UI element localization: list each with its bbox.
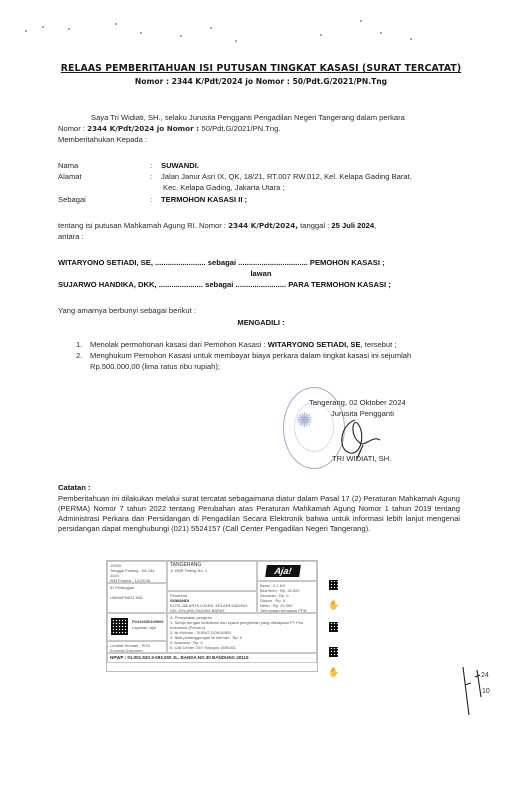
sun-emblem-icon: ✺: [296, 408, 313, 433]
signature-name: TRI WIDIATI, SH.: [332, 454, 391, 464]
ruling-1-bold: WITARYONO SETIADI, SE: [268, 340, 361, 349]
lawan: lawan: [0, 269, 522, 279]
aja-logo: Aja!: [265, 565, 301, 577]
receipt-npwp: NPWP : 01.001.620.3-093.000 JL. BANDA NO…: [107, 653, 317, 663]
intro-nomor: Nomor : 2344 K/Pdt/2024 jo Nomor : 50/Pd…: [58, 124, 280, 134]
antara: antara :: [58, 232, 84, 242]
note-title: Catatan :: [58, 483, 91, 493]
alamat-label: Alamat: [58, 172, 82, 182]
svg-text:10: 10: [482, 688, 490, 695]
id-pelanggan-label: ID Pelanggan: [110, 585, 164, 590]
ruling-2-num: 2.: [76, 351, 82, 361]
tentang-line: tentang isi putusan Mahkamah Agung RI. N…: [58, 221, 376, 231]
tracking-number: P2410030100000: [132, 619, 164, 624]
receipt-note-1: 1. Setuju dengan ketentuan dan syarat pe…: [170, 620, 314, 630]
colon: :: [150, 172, 152, 182]
receipt-posting-date: Tanggal Posting : 03-Okt-2024: [110, 568, 164, 578]
tentang-nomor: 2344 K/Pdt/2024,: [228, 221, 298, 230]
receipt-id-pelanggan: ID Pelanggan UMMAPN021 83A: [107, 583, 167, 613]
colon: :: [150, 195, 152, 205]
intro-nomor-rest: 50/Pdt.G/2021/PN.Tng.: [202, 124, 281, 133]
receipt-origin-addr: Jl. BNR Teleng No. 1: [170, 568, 254, 573]
postal-receipt: 15300 Tanggal Posting : 03-Okt-2024 Wkt …: [106, 560, 318, 672]
note-body: Pemberitahuan ini dilakukan melalui sura…: [58, 494, 460, 534]
receipt-posting-info: 15300 Tanggal Posting : 03-Okt-2024 Wkt …: [107, 561, 167, 583]
tentang-suffix: ,: [374, 221, 376, 230]
qr-code-icon: [111, 618, 128, 635]
receipt-barcode: P2410030100000 Layanan: Aja!: [107, 613, 167, 641]
document-subtitle: Nomor : 2344 K/Pdt/2024 jo Nomor : 50/Pd…: [0, 77, 522, 86]
receipt-note-5: 5. Call Center 24/7 Halopos 1500161: [170, 645, 314, 650]
tentang-tanggal-label: tanggal :: [298, 221, 331, 230]
colon: :: [150, 161, 152, 171]
side-qr-icon: [329, 580, 338, 590]
penerima-addr: KOTA JAKARTA UTARA, KELAPA GADING, KEL.K…: [170, 603, 254, 613]
memberitahukan: Memberitahukan Kepada :: [58, 135, 147, 145]
tentang-tanggal: 25 Juli 2024: [331, 221, 374, 230]
sebagai-label: Sebagai: [58, 195, 86, 205]
ruling-1: Menolak permohonan kasasi dari Pemohon K…: [90, 340, 396, 350]
receipt-origin: TANGERANG Jl. BNR Teleng No. 1: [167, 561, 257, 591]
ruling-2-line-2: Rp.500.000,00 (lima ratus ribu rupiah);: [90, 362, 220, 372]
receipt-footer-left: Lembar Kiriman : POS Express Dokumen: [107, 641, 167, 653]
signature-place-date: Tangerang, 02 Oktober 2024: [309, 398, 406, 408]
id-pelanggan-value: UMMAPN021 83A: [110, 595, 164, 600]
side-tap-icon: ✋: [328, 667, 339, 678]
ruling-2-line-1: Menghukum Pemohon Kasasi untuk membayar …: [90, 351, 411, 361]
intro-line-1: Saya Tri Widiati, SH., selaku Jurusita P…: [91, 113, 405, 123]
receipt-notes: A. Pernyataan pengirim 1. Setuju dengan …: [167, 613, 317, 653]
side-qr-icon: [329, 622, 338, 632]
party-2: SUJARWO HANDIKA, DKK, ..................…: [58, 280, 391, 290]
tentang-prefix: tentang isi putusan Mahkamah Agung RI. N…: [58, 221, 228, 230]
tracking-sub: Layanan: Aja!: [132, 625, 156, 630]
ruling-1-after: , tersebut ;: [361, 340, 397, 349]
ruling-1-num: 1.: [76, 340, 82, 350]
svg-text:24: 24: [481, 672, 489, 679]
nama-label: Nama: [58, 161, 78, 171]
side-qr-icon: [329, 647, 338, 657]
sebagai-value: TERMOHON KASASI II ;: [161, 195, 247, 205]
intro-nomor-label: Nomor :: [58, 124, 87, 133]
receipt-penerima: Penerima SUWANDI KOTA JAKARTA UTARA, KEL…: [167, 591, 257, 613]
scan-speckles: [20, 18, 420, 58]
amar-intro: Yang amarnya berbunyi sebagai berikut :: [58, 306, 196, 316]
document-title: RELAAS PEMBERITAHUAN ISI PUTUSAN TINGKAT…: [0, 63, 522, 74]
receipt-weights: Berat : 0.1 KG Bea kirim : Rp. 32.000 As…: [257, 581, 317, 613]
side-tap-icon: ✋: [328, 600, 339, 611]
handwritten-initial: 24 10: [455, 665, 495, 720]
mengadili: MENGADILI :: [0, 318, 522, 328]
nama-value: SUWANDI.: [161, 161, 199, 171]
alamat-line-2: Kec. Kelapa Gading, Jakarta Utara ;: [163, 183, 285, 193]
intro-nomor-value: 2344 K/Pdt/2024 jo Nomor :: [87, 124, 201, 133]
ruling-1-text: Menolak permohonan kasasi dari Pemohon K…: [90, 340, 268, 349]
alamat-line-1: Jalan Janur Asri IX, QK, 18/21, RT.007 R…: [161, 172, 412, 182]
party-1: WITARYONO SETIADI, SE, .................…: [58, 258, 385, 268]
receipt-brand-cell: Aja!: [257, 561, 317, 581]
